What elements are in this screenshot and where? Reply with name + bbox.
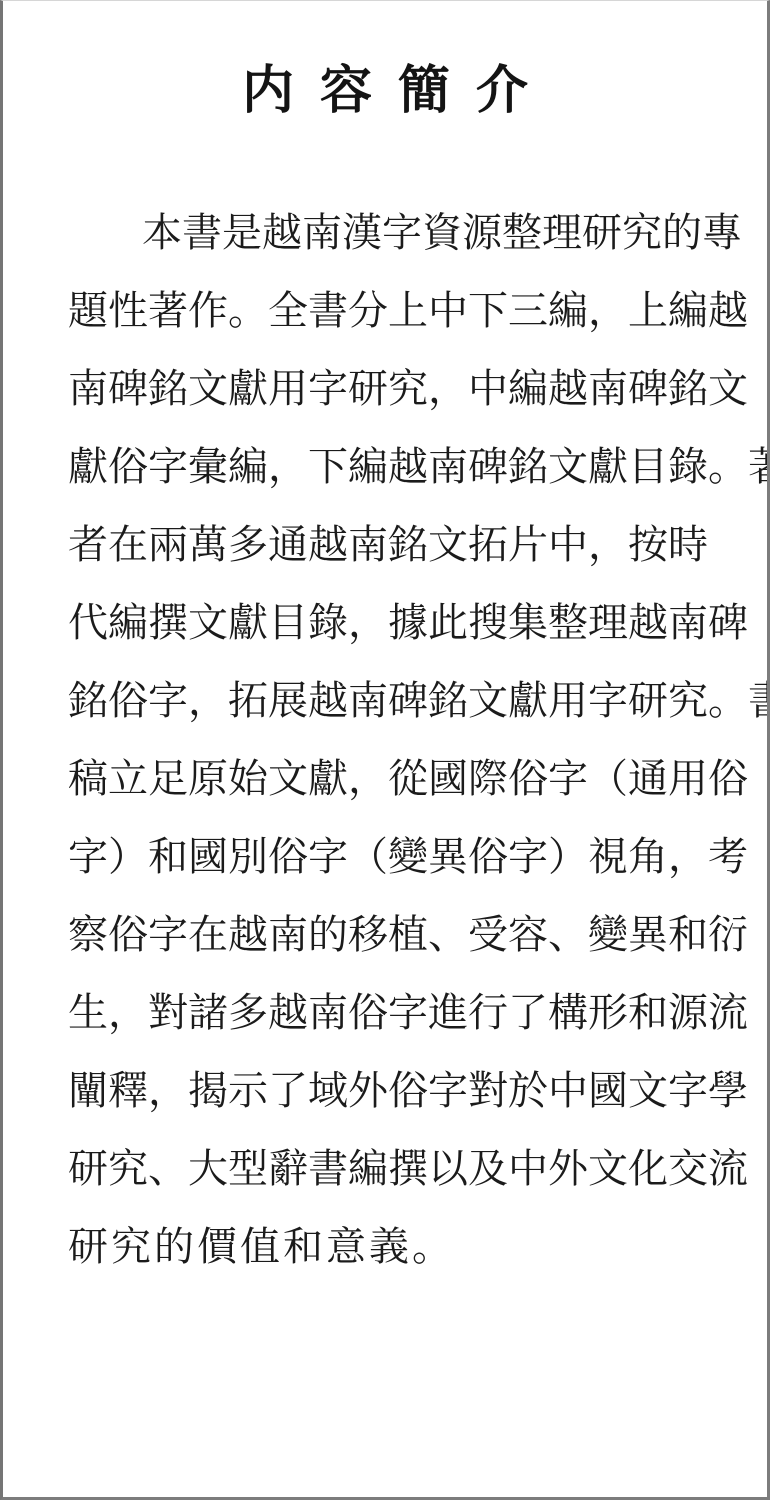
glyph: 究 (622, 213, 662, 253)
glyph: 立 (108, 759, 148, 799)
glyph: 理 (542, 213, 582, 253)
glyph: 國 (588, 1071, 628, 1111)
glyph: 著 (748, 447, 770, 487)
glyph: 進 (428, 993, 468, 1033)
glyph: 文 (188, 603, 228, 643)
glyph: 、 (148, 1149, 188, 1189)
glyph: 南 (308, 993, 348, 1033)
glyph: 撰 (148, 603, 188, 643)
glyph: 編 (108, 603, 148, 643)
glyph: 搜 (468, 603, 508, 643)
glyph: 碑 (108, 369, 148, 409)
glyph: 俗 (388, 1071, 428, 1111)
glyph: 文 (708, 369, 748, 409)
glyph: 題 (68, 291, 108, 331)
glyph: 在 (108, 525, 148, 565)
glyph: ， (588, 291, 628, 331)
glyph: 南 (68, 369, 108, 409)
glyph: 大 (188, 1149, 228, 1189)
glyph: 異 (628, 915, 668, 955)
glyph: 了 (508, 993, 548, 1033)
text-line: 獻俗字彙編，下編越南碑銘文獻目錄。著 (68, 428, 705, 506)
glyph: 俗 (268, 837, 308, 877)
glyph: 銘 (68, 681, 108, 721)
glyph: ， (348, 759, 388, 799)
glyph: 南 (588, 369, 628, 409)
glyph: 字 (508, 837, 548, 877)
glyph: 考 (708, 837, 748, 877)
glyph: 和 (283, 1227, 323, 1267)
glyph: 源 (462, 213, 502, 253)
glyph: 始 (228, 759, 268, 799)
glyph: 於 (508, 1071, 548, 1111)
glyph: 南 (302, 213, 342, 253)
glyph: 域 (308, 1071, 348, 1111)
glyph: 是 (222, 213, 262, 253)
glyph: 原 (188, 759, 228, 799)
glyph: 外 (548, 1149, 588, 1189)
glyph: 片 (508, 525, 548, 565)
glyph: 字 (548, 759, 588, 799)
glyph: 銘 (508, 447, 548, 487)
glyph: 用 (668, 759, 708, 799)
glyph: 植 (388, 915, 428, 955)
glyph: ） (548, 837, 588, 877)
glyph: 和 (668, 915, 708, 955)
glyph: 字 (388, 993, 428, 1033)
glyph: 拓 (468, 525, 508, 565)
glyph: 理 (588, 603, 628, 643)
text-line: 闡釋，揭示了域外俗字對於中國文字學 (68, 1052, 705, 1130)
glyph: 南 (668, 603, 708, 643)
glyph: 文 (628, 1071, 668, 1111)
glyph: 多 (228, 993, 268, 1033)
glyph: 中 (428, 291, 468, 331)
text-line: 題性著作。全書分上中下三編，上編越 (68, 272, 705, 350)
glyph: 中 (468, 369, 508, 409)
glyph: 用 (548, 681, 588, 721)
glyph: 流 (708, 993, 748, 1033)
glyph: 際 (468, 759, 508, 799)
glyph: 俗 (108, 447, 148, 487)
glyph: 變 (588, 915, 628, 955)
glyph: 形 (588, 993, 628, 1033)
text-line: 南碑銘文獻用字研究，中編越南碑銘文 (68, 350, 705, 428)
glyph: 。 (708, 447, 748, 487)
glyph: 書 (308, 1149, 348, 1189)
glyph: 中 (548, 525, 588, 565)
glyph: 研 (68, 1227, 108, 1267)
glyph: 作 (188, 291, 228, 331)
body-text: 本書是越南漢字資源整理研究的專題性著作。全書分上中下三編，上編越南碑銘文獻用字研… (68, 194, 705, 1286)
glyph: 字 (148, 915, 188, 955)
glyph: 漢 (342, 213, 382, 253)
glyph: 國 (428, 759, 468, 799)
glyph: 分 (348, 291, 388, 331)
glyph: 内 (242, 63, 294, 120)
glyph: 受 (468, 915, 508, 955)
text-line: 研究的價值和意義。 (68, 1208, 705, 1286)
text-line: 代編撰文獻目錄，據此搜集整理越南碑 (68, 584, 705, 662)
glyph: 交 (668, 1149, 708, 1189)
glyph: 字 (588, 681, 628, 721)
glyph: 下 (308, 447, 348, 487)
glyph: 文 (428, 525, 468, 565)
glyph: ， (148, 1071, 188, 1111)
glyph: 異 (428, 837, 468, 877)
glyph: 獻 (508, 681, 548, 721)
glyph: 俗 (468, 837, 508, 877)
text-line: 研究、大型辭書編撰以及中外文化交流 (68, 1130, 705, 1208)
glyph: 值 (240, 1227, 280, 1267)
glyph: 字 (428, 1071, 468, 1111)
glyph: 編 (348, 1149, 388, 1189)
text-line: 生，對諸多越南俗字進行了構形和源流 (68, 974, 705, 1052)
glyph: 上 (628, 291, 668, 331)
glyph: 示 (228, 1071, 268, 1111)
glyph: ， (188, 681, 228, 721)
glyph: 越 (548, 369, 588, 409)
glyph: 銘 (668, 369, 708, 409)
glyph: 目 (268, 603, 308, 643)
glyph: 萬 (188, 525, 228, 565)
glyph: 究 (668, 681, 708, 721)
glyph: （ (348, 837, 388, 877)
glyph: 書 (308, 291, 348, 331)
glyph: 諸 (188, 993, 228, 1033)
glyph: 行 (468, 993, 508, 1033)
glyph: 對 (468, 1071, 508, 1111)
glyph: 越 (262, 213, 302, 253)
glyph: 南 (428, 447, 468, 487)
glyph: 碑 (388, 681, 428, 721)
glyph: 研 (348, 369, 388, 409)
text-line: 字）和國別俗字（變異俗字）視角，考 (68, 818, 705, 896)
glyph: 錄 (308, 603, 348, 643)
glyph: 集 (508, 603, 548, 643)
glyph: 俗 (108, 681, 148, 721)
glyph: 外 (348, 1071, 388, 1111)
glyph: 碑 (708, 603, 748, 643)
glyph: 文 (548, 447, 588, 487)
glyph: 碑 (628, 369, 668, 409)
glyph: 兩 (148, 525, 188, 565)
glyph: 義 (369, 1227, 409, 1267)
glyph: 南 (348, 681, 388, 721)
glyph: （ (588, 759, 628, 799)
glyph: 在 (188, 915, 228, 955)
text-line: 察俗字在越南的移植、受容、變異和衍 (68, 896, 705, 974)
glyph: 究 (388, 369, 428, 409)
glyph: 俗 (508, 759, 548, 799)
glyph: 容 (508, 915, 548, 955)
glyph: 代 (68, 603, 108, 643)
glyph: 衍 (708, 915, 748, 955)
glyph: 價 (197, 1227, 237, 1267)
glyph: 獻 (228, 603, 268, 643)
glyph: 研 (68, 1149, 108, 1189)
text-line: 銘俗字，拓展越南碑銘文獻用字研究。書 (68, 662, 705, 740)
glyph: 字 (148, 447, 188, 487)
glyph: 多 (228, 525, 268, 565)
glyph: 文 (588, 1149, 628, 1189)
glyph: 字 (148, 681, 188, 721)
glyph: 編 (348, 447, 388, 487)
glyph: 俗 (708, 759, 748, 799)
glyph: 學 (708, 1071, 748, 1111)
glyph: 全 (268, 291, 308, 331)
glyph: 本 (142, 213, 182, 253)
glyph: 辭 (268, 1149, 308, 1189)
glyph: 研 (628, 681, 668, 721)
glyph: 稿 (68, 759, 108, 799)
book-page: 内容簡介 本書是越南漢字資源整理研究的專題性著作。全書分上中下三編，上編越南碑銘… (0, 0, 770, 1500)
glyph: 撰 (388, 1149, 428, 1189)
glyph: 編 (228, 447, 268, 487)
glyph: 。 (412, 1227, 452, 1267)
glyph: 型 (228, 1149, 268, 1189)
glyph: ， (108, 993, 148, 1033)
glyph: 越 (268, 993, 308, 1033)
glyph: 化 (628, 1149, 668, 1189)
glyph: 。 (708, 681, 748, 721)
glyph: 對 (148, 993, 188, 1033)
glyph: 下 (468, 291, 508, 331)
glyph: 越 (708, 291, 748, 331)
glyph: 展 (268, 681, 308, 721)
glyph: 和 (148, 837, 188, 877)
text-line: 稿立足原始文獻，從國際俗字（通用俗 (68, 740, 705, 818)
glyph: 。 (228, 291, 268, 331)
glyph: 按 (628, 525, 668, 565)
glyph: 資 (422, 213, 462, 253)
glyph: 國 (188, 837, 228, 877)
glyph: 、 (428, 915, 468, 955)
glyph: 、 (548, 915, 588, 955)
glyph: 上 (388, 291, 428, 331)
glyph: ， (428, 369, 468, 409)
glyph: 中 (508, 1149, 548, 1189)
glyph: 及 (468, 1149, 508, 1189)
glyph: 從 (388, 759, 428, 799)
glyph: 整 (548, 603, 588, 643)
glyph: 移 (348, 915, 388, 955)
glyph: 意 (326, 1227, 366, 1267)
glyph: 書 (748, 681, 770, 721)
glyph: 文 (188, 369, 228, 409)
glyph: 和 (628, 993, 668, 1033)
glyph: 銘 (148, 369, 188, 409)
glyph: 揭 (188, 1071, 228, 1111)
glyph: 文 (268, 759, 308, 799)
glyph: 獻 (228, 369, 268, 409)
glyph: 字 (68, 837, 108, 877)
glyph: ， (268, 447, 308, 487)
glyph: 著 (148, 291, 188, 331)
glyph: 別 (228, 837, 268, 877)
glyph: 的 (662, 213, 702, 253)
glyph: 越 (308, 681, 348, 721)
glyph: 獻 (588, 447, 628, 487)
glyph: 越 (308, 525, 348, 565)
glyph: 性 (108, 291, 148, 331)
text-line: 本書是越南漢字資源整理研究的專 (68, 194, 705, 272)
glyph: 南 (348, 525, 388, 565)
glyph: 以 (428, 1149, 468, 1189)
glyph: 編 (668, 291, 708, 331)
glyph: 越 (628, 603, 668, 643)
glyph: 生 (68, 993, 108, 1033)
glyph: 目 (628, 447, 668, 487)
glyph: 足 (148, 759, 188, 799)
glyph: ， (668, 837, 708, 877)
glyph: 碑 (468, 447, 508, 487)
glyph: 銘 (388, 525, 428, 565)
glyph: 字 (382, 213, 422, 253)
glyph: 者 (68, 525, 108, 565)
glyph: 介 (476, 63, 528, 120)
glyph: 闡 (68, 1071, 108, 1111)
glyph: 獻 (68, 447, 108, 487)
glyph: 據 (388, 603, 428, 643)
text-line: 者在兩萬多通越南銘文拓片中，按時 (68, 506, 705, 584)
glyph: 越 (388, 447, 428, 487)
glyph: 俗 (108, 915, 148, 955)
glyph: 整 (502, 213, 542, 253)
glyph: 編 (548, 291, 588, 331)
glyph: 越 (228, 915, 268, 955)
glyph: 銘 (428, 681, 468, 721)
glyph: 用 (268, 369, 308, 409)
glyph: ， (588, 525, 628, 565)
glyph: 變 (388, 837, 428, 877)
glyph: 流 (708, 1149, 748, 1189)
glyph: 獻 (308, 759, 348, 799)
glyph: 釋 (108, 1071, 148, 1111)
glyph: 三 (508, 291, 548, 331)
glyph: 研 (582, 213, 622, 253)
glyph: 構 (548, 993, 588, 1033)
glyph: 的 (308, 915, 348, 955)
glyph: 察 (68, 915, 108, 955)
glyph: 源 (668, 993, 708, 1033)
glyph: 中 (548, 1071, 588, 1111)
glyph: 字 (308, 837, 348, 877)
glyph: 時 (668, 525, 708, 565)
glyph: 了 (268, 1071, 308, 1111)
glyph: 字 (308, 369, 348, 409)
glyph: 通 (628, 759, 668, 799)
glyph: 的 (154, 1227, 194, 1267)
glyph: 俗 (348, 993, 388, 1033)
glyph: 通 (268, 525, 308, 565)
glyph: 究 (111, 1227, 151, 1267)
glyph: 編 (508, 369, 548, 409)
glyph: 南 (268, 915, 308, 955)
glyph: 拓 (228, 681, 268, 721)
glyph: 彙 (188, 447, 228, 487)
glyph: 書 (182, 213, 222, 253)
glyph: 文 (468, 681, 508, 721)
glyph: 視 (588, 837, 628, 877)
glyph: 簡 (398, 63, 450, 120)
glyph: ， (348, 603, 388, 643)
glyph: 錄 (668, 447, 708, 487)
page-title: 内容簡介 (3, 63, 767, 120)
glyph: 此 (428, 603, 468, 643)
glyph: ） (108, 837, 148, 877)
glyph: 角 (628, 837, 668, 877)
glyph: 容 (320, 63, 372, 120)
glyph: 專 (702, 213, 742, 253)
glyph: 字 (668, 1071, 708, 1111)
glyph: 究 (108, 1149, 148, 1189)
